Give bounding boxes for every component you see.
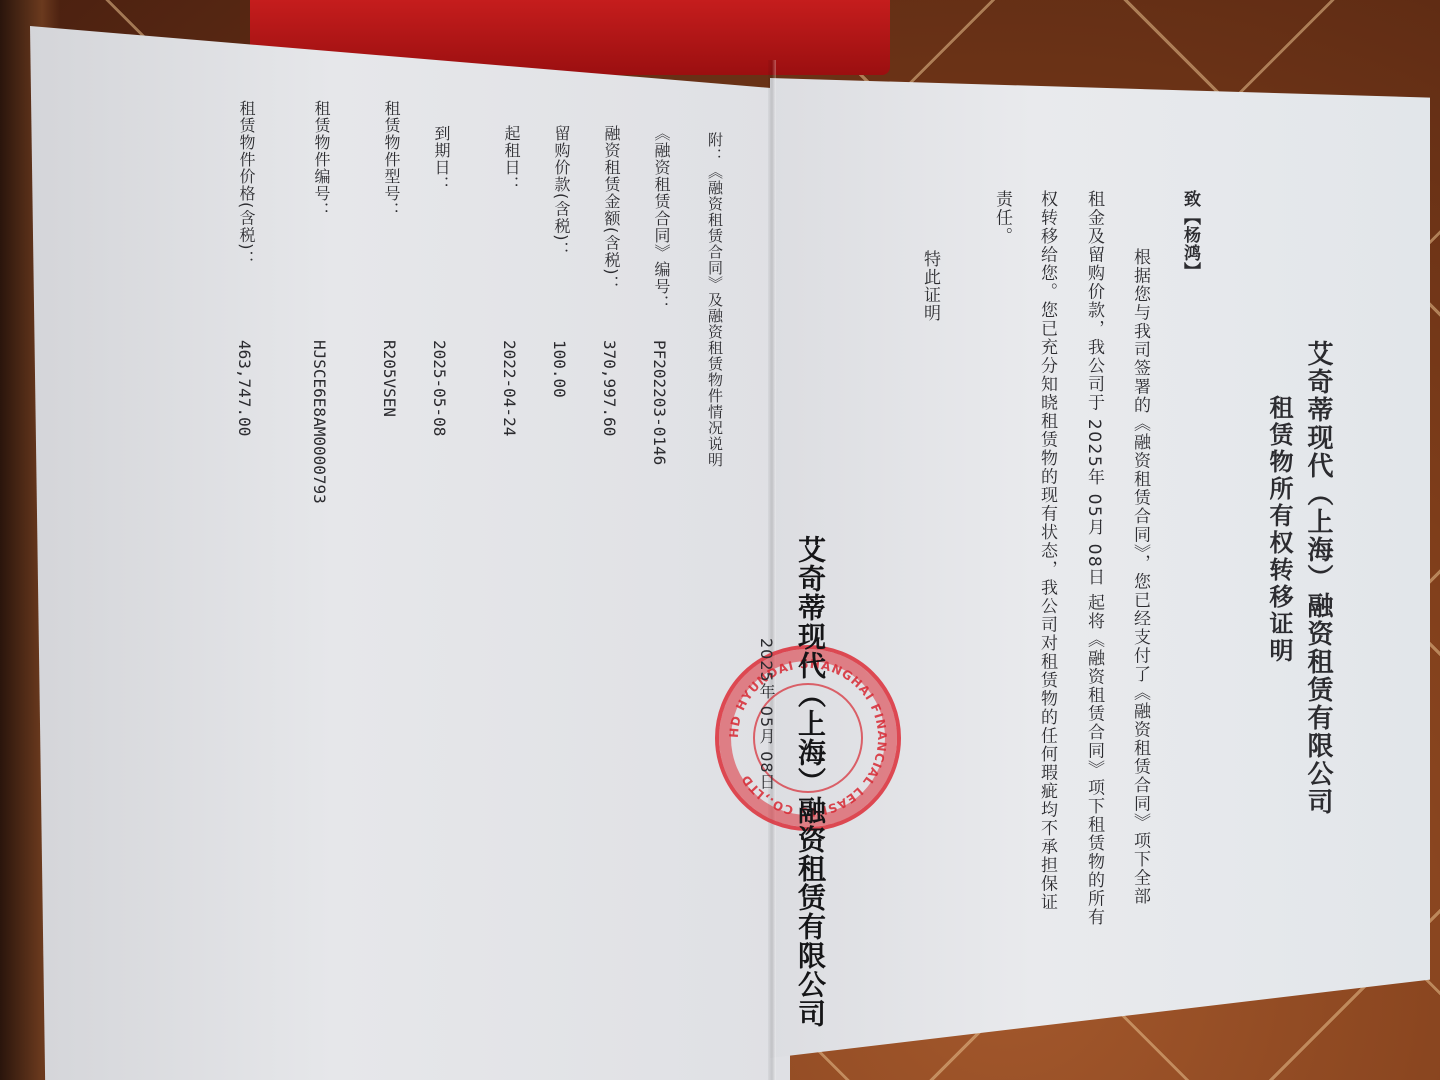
appendix-row-value: 2025-05-08 — [430, 340, 449, 436]
appendix-row-label: 留购价款(含税)： — [550, 125, 573, 258]
appendix-row-label: 融资租赁金额(含税)： — [600, 125, 623, 292]
appendix-row-value: PF202203-0146 — [650, 340, 669, 465]
appendix-row-label: 《融资租赁合同》编号： — [650, 125, 673, 312]
appendix-row-label: 租赁物件编号： — [310, 100, 333, 219]
paper-fold — [768, 60, 776, 1080]
certify-text: 特此证明 — [918, 250, 943, 322]
body-line-3: 权转移给您。您已充分知晓租赁物的现有状态，我公司对租赁物的任何瑕疵均不承担保证 — [1035, 190, 1060, 912]
appendix-row-label: 租赁物件价格(含税)： — [235, 100, 258, 267]
signature-company: 艾奇蒂现代（上海）融资租赁有限公司 — [790, 535, 830, 1028]
salutation: 致【杨鸿】 — [1178, 190, 1203, 280]
appendix-title: 附：《融资租赁合同》及融资租赁物件情况说明 — [705, 132, 726, 468]
body-line-1: 根据您与我司签署的《融资租赁合同》，您已经支付了《融资租赁合同》项下全部 — [1128, 248, 1153, 906]
appendix-row-label: 租赁物件型号： — [380, 100, 403, 219]
appendix-row-value: 370,997.60 — [600, 340, 619, 436]
appendix-row-value: 100.00 — [550, 340, 569, 398]
paper-appendix-half — [30, 26, 790, 1080]
appendix-row-value: 463,747.00 — [235, 340, 254, 436]
appendix-row-label: 起租日： — [500, 125, 523, 193]
appendix-row-value: R205VSEN — [380, 340, 399, 417]
appendix-row-label: 到期日： — [430, 125, 453, 193]
appendix-row-value: 2022-04-24 — [500, 340, 519, 436]
document-company-title: 艾奇蒂现代（上海）融资租赁有限公司 — [1300, 340, 1337, 816]
body-line-2: 租金及留购价款，我公司于 2025年 05月 08日 起将《融资租赁合同》项下租… — [1082, 190, 1107, 927]
signature-date: 2025年 05月 08日 — [755, 638, 778, 791]
appendix-row-value: HJSCE6E8AM0000793 — [310, 340, 329, 504]
document-title: 租赁物所有权转移证明 — [1262, 395, 1297, 665]
body-line-4: 责任。 — [990, 190, 1015, 246]
